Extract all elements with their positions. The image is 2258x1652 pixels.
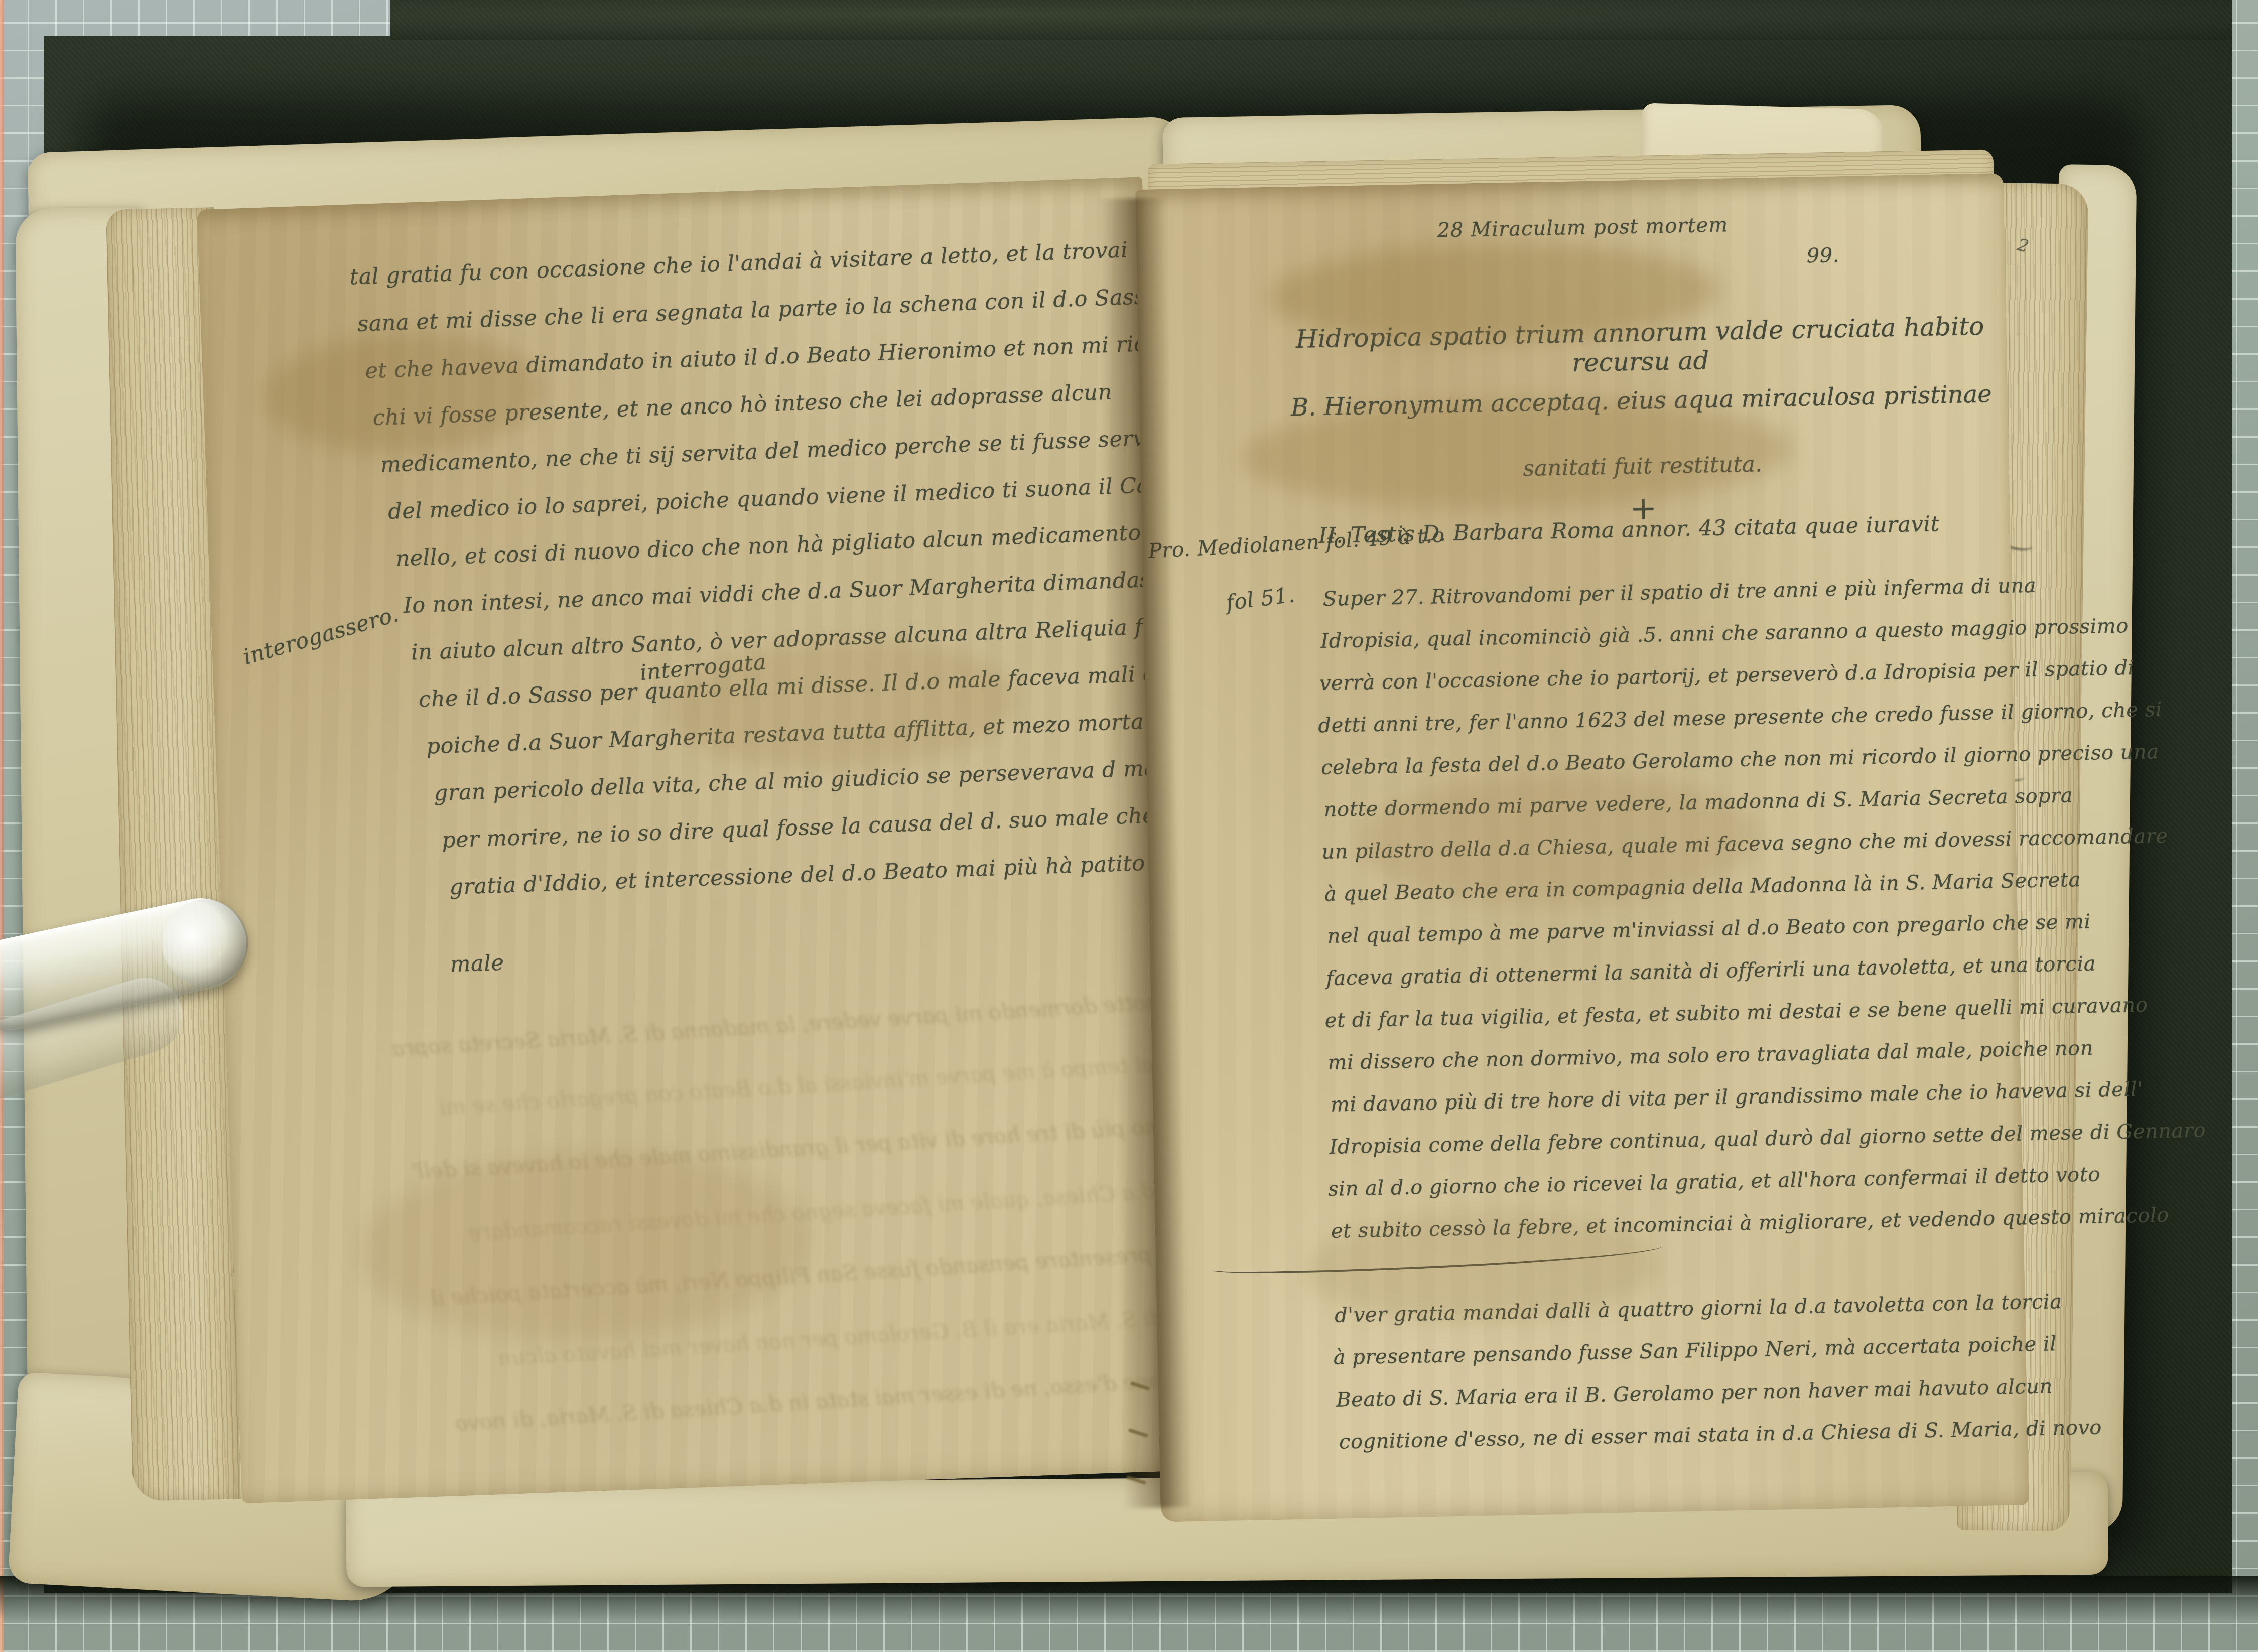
deposition-line: sin al d.o giorno che io ricevei la grat… bbox=[1328, 1163, 2100, 1201]
left-manuscript-page: tal gratia fu con occasione che io l'and… bbox=[197, 177, 1187, 1503]
deposition-line: Idropisia, qual incominciò già .5. anni … bbox=[1320, 614, 2129, 653]
margin-folio-reference: fol 51. bbox=[1225, 582, 1296, 615]
bleed-through-text: nel qual tempo à me parve m'inviassi al … bbox=[439, 1047, 1222, 1120]
manuscript-line: del medico io lo saprei, poiche quando v… bbox=[387, 471, 1206, 524]
manuscript-line: gratia d'Iddio, et intercessione del d.o… bbox=[449, 849, 1182, 900]
chapter-title: Miraculum post mortem bbox=[1471, 213, 1729, 241]
chapter-number: 28 bbox=[1437, 218, 1464, 242]
bleed-through-text: notte dormendo mi parve vedere, la madon… bbox=[391, 990, 1160, 1061]
manuscript-photograph: 2 tal gratia fu con occasione che io l'a… bbox=[0, 0, 2258, 1652]
deposition-line: cognitione d'esso, ne di esser mai stata… bbox=[1339, 1416, 2102, 1453]
scan-edge-fringe bbox=[0, 0, 4, 1652]
deposition-line: mi dissero che non dormivo, ma solo ero … bbox=[1327, 1037, 2093, 1074]
folio-page-number: 99. bbox=[1806, 244, 1839, 267]
manuscript-line: tal gratia fu con occasione che io l'and… bbox=[349, 237, 1128, 290]
left-margin-annotation: interogassero. bbox=[240, 602, 402, 670]
manuscript-line: nello, et cosi di nuovo dico che non hà … bbox=[395, 519, 1171, 572]
deposition-line: verrà con l'occasione che io partorij, e… bbox=[1319, 656, 2135, 695]
deposition-line: mi davano più di tre hore di vita per il… bbox=[1331, 1078, 2143, 1117]
deposition-line: Super 27. Ritrovandomi per il spatio di … bbox=[1322, 574, 2036, 611]
manuscript-line: Io non intesi, ne anco mai viddi che d.a… bbox=[403, 566, 1176, 618]
chapter-heading: 28 Miraculum post mortem bbox=[1437, 213, 1728, 242]
manuscript-line: male bbox=[450, 950, 504, 978]
deposition-line: nel qual tempo à me parve m'inviassi al … bbox=[1327, 910, 2091, 948]
right-manuscript-page: 28 Miraculum post mortem 99. Hidropica s… bbox=[1135, 173, 2029, 1522]
parchment-stain bbox=[261, 328, 547, 458]
dark-felt-mat-top bbox=[390, 0, 2232, 40]
manuscript-line: sana et mi disse che li era segnata la p… bbox=[357, 284, 1159, 337]
manuscript-line: per morire, ne io so dire qual fosse la … bbox=[441, 801, 1201, 853]
deposition-line: faceva gratia di ottenermi la sanità di … bbox=[1326, 952, 2096, 990]
deposition-line: Beato di S. Maria era il B. Gerolamo per… bbox=[1336, 1374, 2053, 1411]
bleed-through-text: cognitione d'esso, ne di esser mai stata… bbox=[454, 1363, 1236, 1436]
fore-edge-mark: 2 bbox=[2015, 235, 2031, 257]
deposition-line: à presentare pensando fusse San Filippo … bbox=[1333, 1332, 2057, 1369]
